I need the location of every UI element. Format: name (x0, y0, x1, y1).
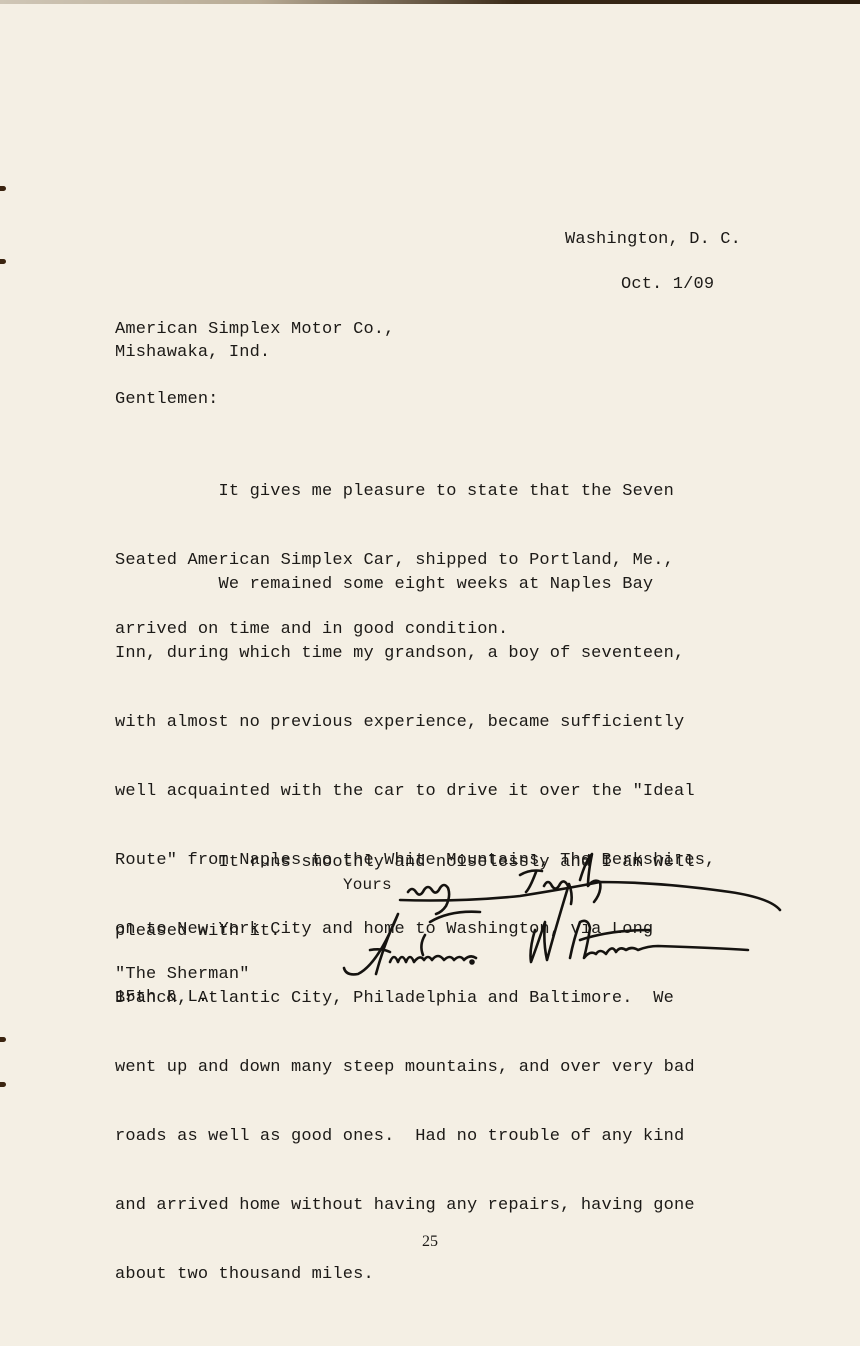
text-line: and arrived home without having any repa… (115, 1194, 715, 1217)
binding-hole (0, 186, 6, 191)
letter-place: Washington, D. C. (565, 228, 741, 251)
page-number: 25 (0, 1233, 860, 1251)
binding-hole (0, 259, 6, 264)
text-line: with almost no previous experience, beca… (115, 711, 715, 734)
salutation: Gentlemen: (115, 388, 219, 411)
text-line: went up and down many steep mountains, a… (115, 1056, 715, 1079)
text-line: We remained some eight weeks at Naples B… (115, 573, 715, 596)
recipient-line: Mishawaka, Ind. (115, 341, 395, 364)
binding-hole (0, 1082, 6, 1087)
text-line: about two thousand miles. (115, 1263, 715, 1286)
letter-date: Oct. 1/09 (621, 273, 714, 296)
recipient-address: American Simplex Motor Co.,Mishawaka, In… (115, 318, 395, 364)
text-line: It gives me pleasure to state that the S… (115, 480, 674, 503)
handwritten-signature (330, 850, 800, 990)
page-top-edge (0, 0, 860, 4)
sender-address-line: 15th & L. (115, 986, 250, 1009)
recipient-line: American Simplex Motor Co., (115, 318, 395, 341)
text-line: Inn, during which time my grandson, a bo… (115, 642, 715, 665)
text-line: roads as well as good ones. Had no troub… (115, 1125, 715, 1148)
text-line: well acquainted with the car to drive it… (115, 780, 715, 803)
sender-address-line: "The Sherman" (115, 963, 250, 986)
binding-hole (0, 1037, 6, 1042)
sender-address: "The Sherman"15th & L. (115, 963, 250, 1009)
